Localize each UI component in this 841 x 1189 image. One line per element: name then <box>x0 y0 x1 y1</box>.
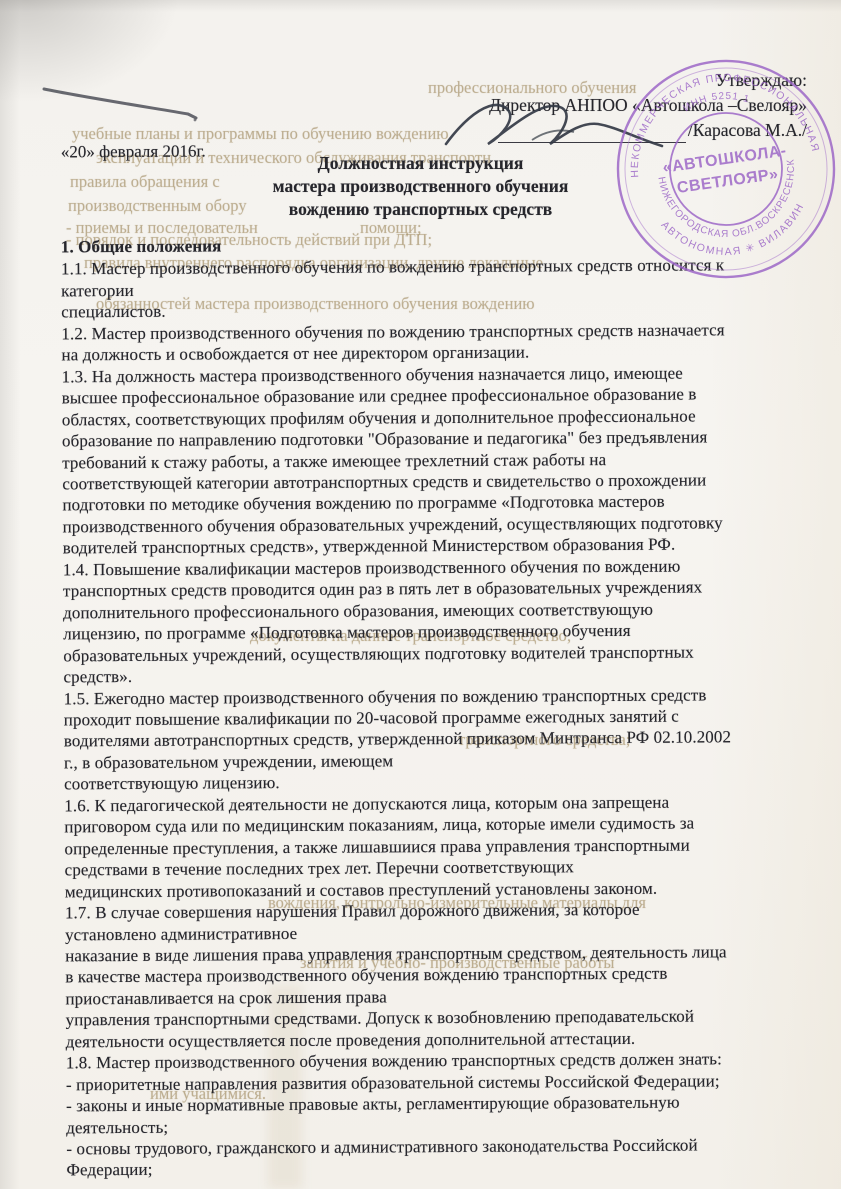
paragraph-1-7: 1.7. В случае совершения нарушения Прави… <box>65 898 841 1053</box>
paragraph-1-4: 1.4. Повышение квалификации мастеров про… <box>63 554 841 687</box>
round-stamp: НЕКОММЕРЧЕСКАЯ ПРОФЕССИОНАЛЬНАЯ АВТОНОМН… <box>596 39 841 299</box>
paragraph-1-8: 1.8. Мастер производственного обучения в… <box>66 1048 841 1181</box>
scanned-document-page: профессионального обученияучебные планы … <box>0 0 841 1189</box>
document-body: 1. Общие положения 1.1. Мастер производс… <box>61 232 841 1182</box>
paragraph-1-5: 1.5. Ежегодно мастер производственного о… <box>64 683 841 795</box>
paragraph-1-6: 1.6. К педагогической деятельности не до… <box>64 790 841 902</box>
paragraph-1-2: 1.2. Мастер производственного обучения п… <box>61 318 841 366</box>
paragraph-1-3: 1.3. На должность мастера производственн… <box>62 361 841 559</box>
